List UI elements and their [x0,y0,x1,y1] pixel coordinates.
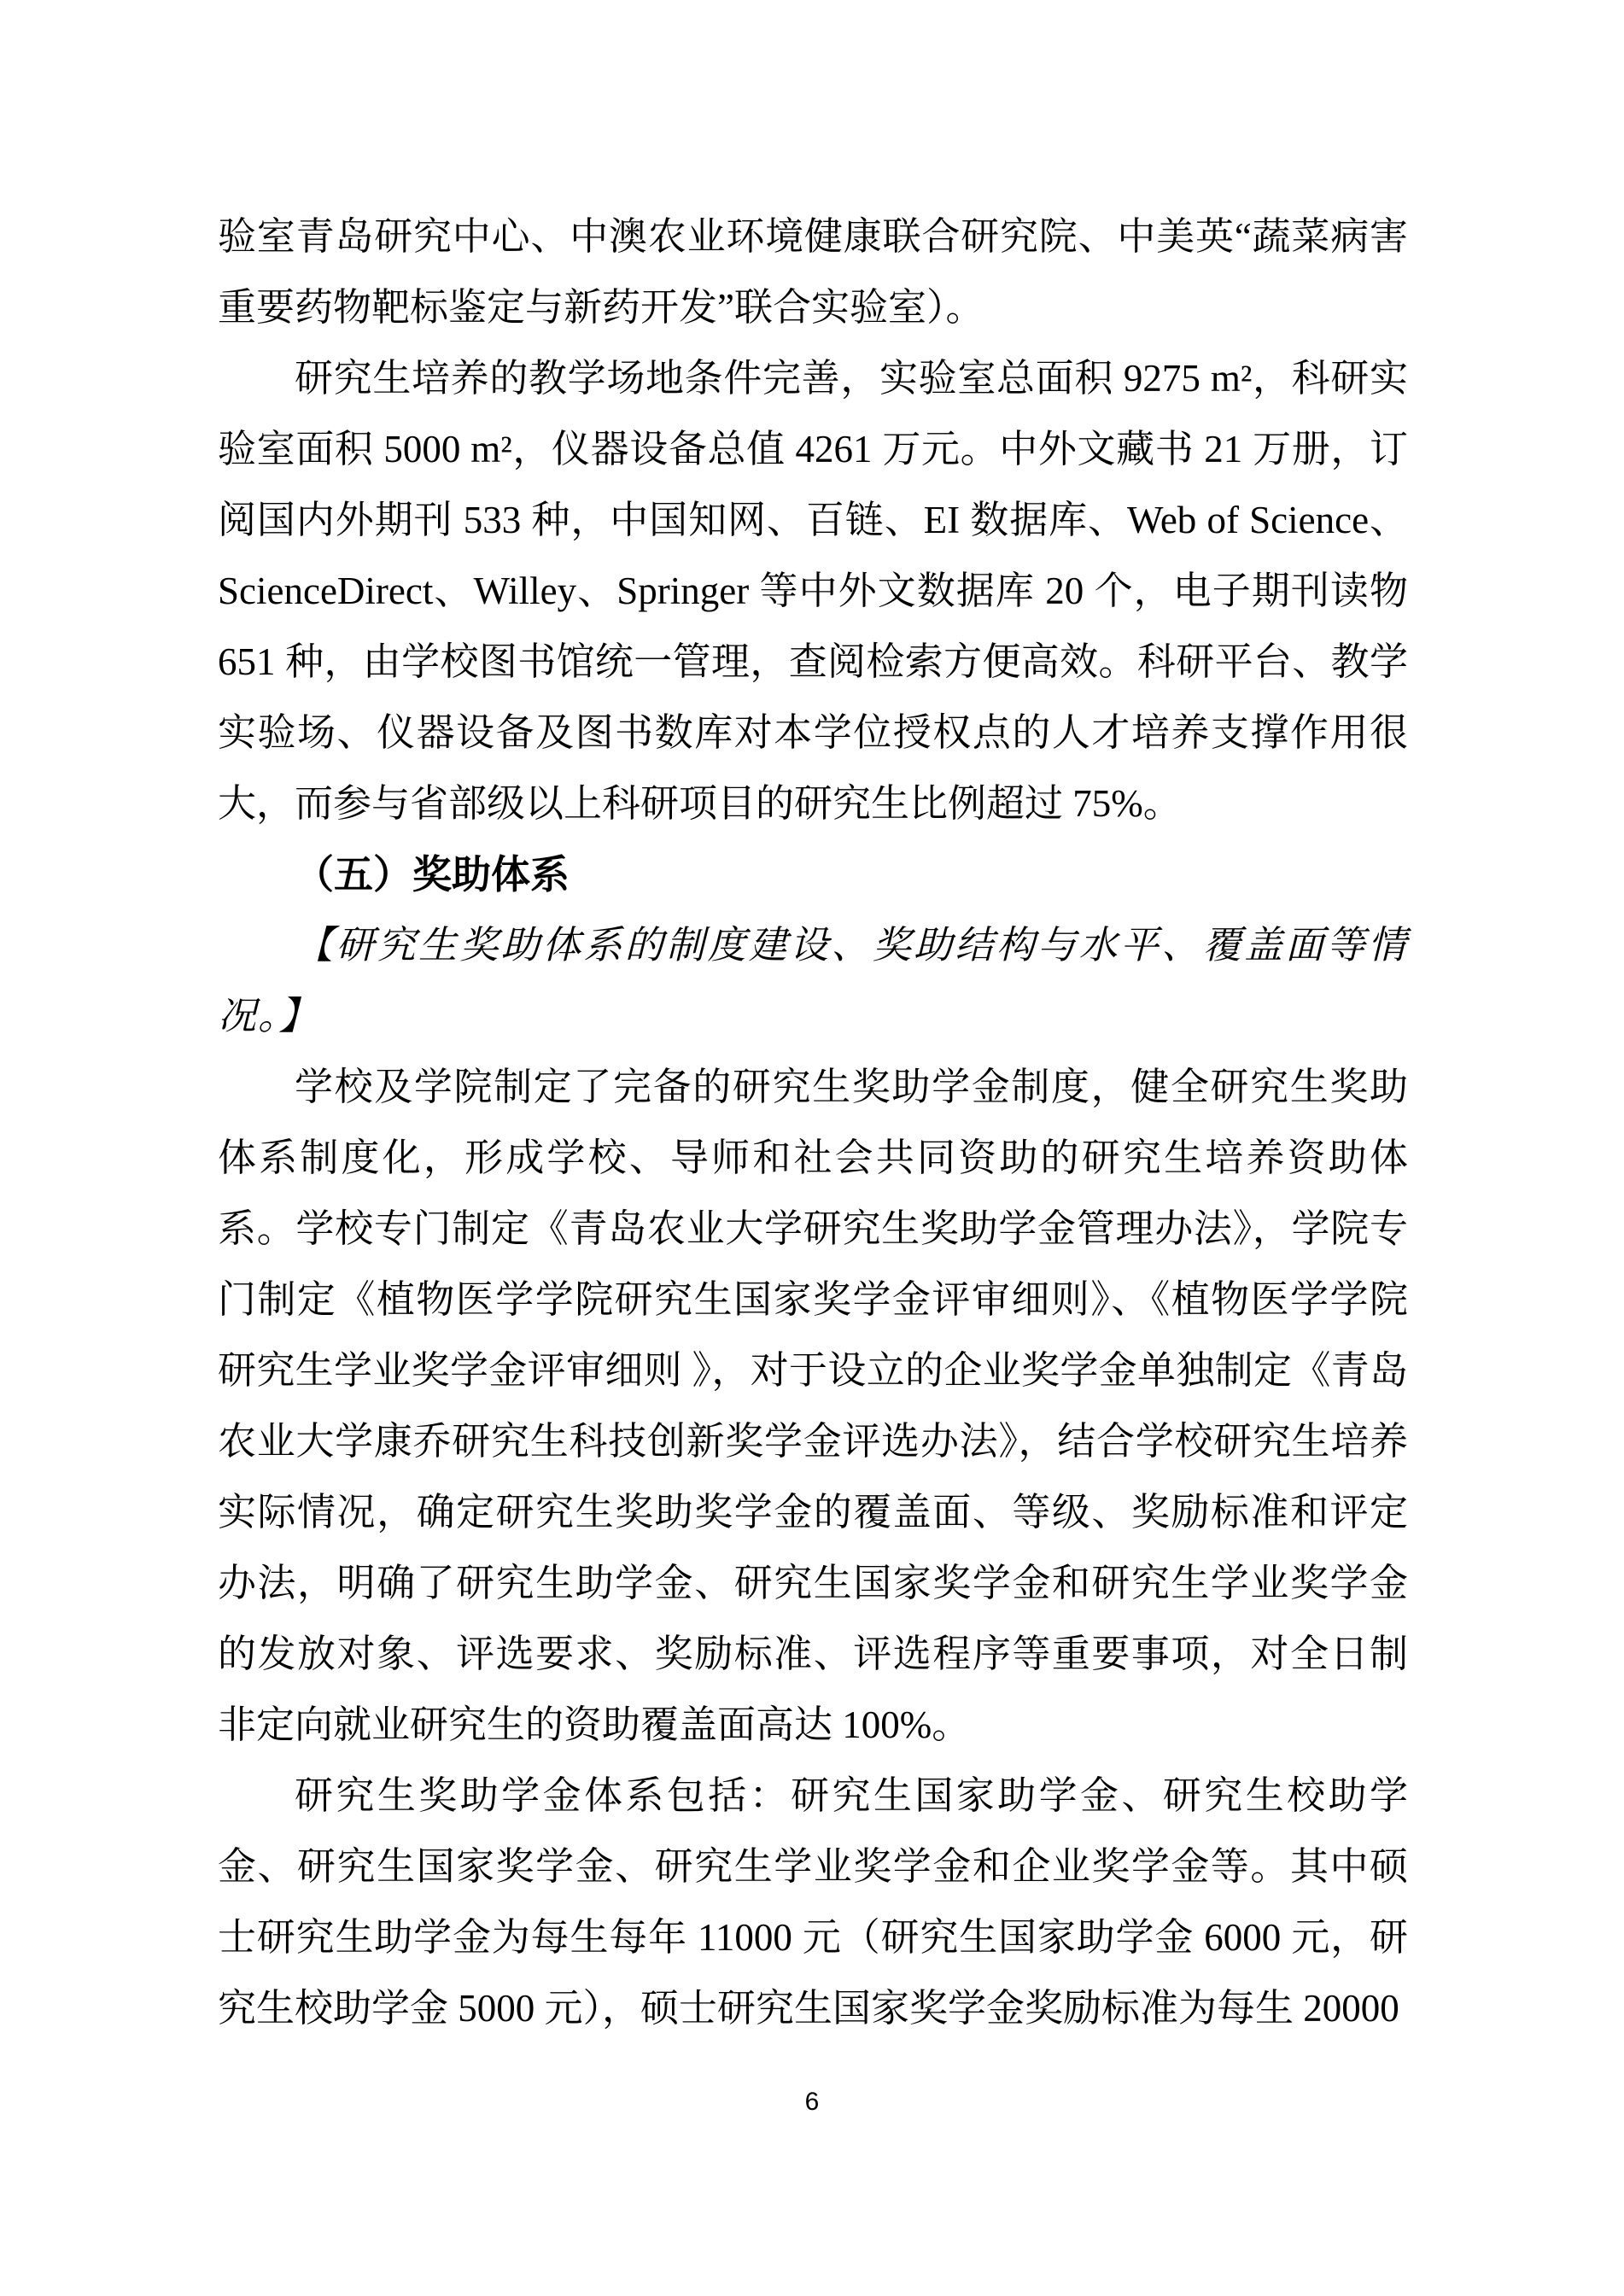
section-heading-scholarship-system: （五）奖助体系 [218,839,1408,910]
paragraph-scholarship-policies: 学校及学院制定了完备的研究生奖助学金制度，健全研究生奖助体系制度化，形成学校、导… [218,1052,1408,1761]
page-number: 6 [0,2085,1624,2119]
document-page: 验室青岛研究中心、中澳农业环境健康联合研究院、中美英“蔬菜病害重要药物靶标鉴定与… [0,0,1624,2296]
paragraph-teaching-facilities: 研究生培养的教学场地条件完善，实验室总面积 9275 m²，科研实验室面积 50… [218,343,1408,839]
page-body: 验室青岛研究中心、中澳农业环境健康联合研究院、中美英“蔬菜病害重要药物靶标鉴定与… [218,202,1408,2044]
paragraph-lab-centers: 验室青岛研究中心、中澳农业环境健康联合研究院、中美英“蔬菜病害重要药物靶标鉴定与… [218,202,1408,343]
paragraph-scholarship-amounts: 研究生奖助学金体系包括：研究生国家助学金、研究生校助学金、研究生国家奖学金、研究… [218,1761,1408,2044]
instruction-note: 【研究生奖助体系的制度建设、奖助结构与水平、覆盖面等情况。】 [218,910,1408,1052]
